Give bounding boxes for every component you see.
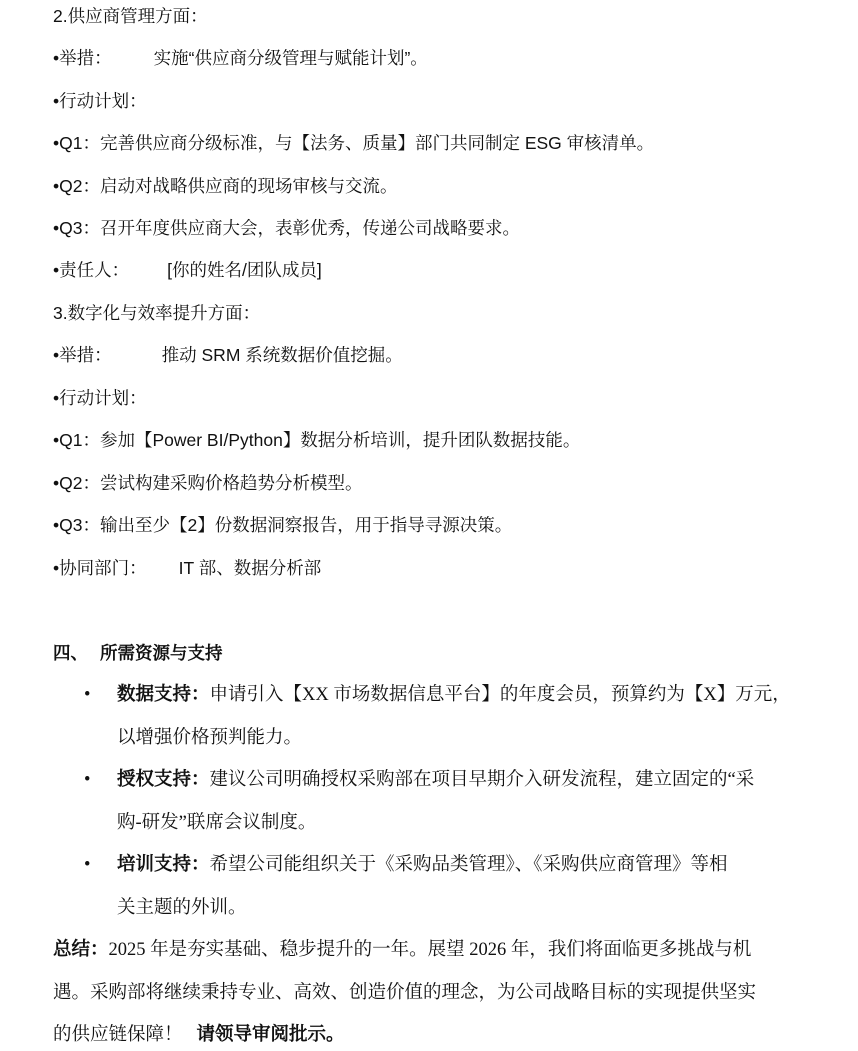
section3-q3: •Q3：输出至少【2】份数据洞察报告，用于指导寻源决策。 xyxy=(53,513,512,537)
support-item-training-cont: 关主题的外训。 xyxy=(117,896,247,920)
support-text: 申请引入【XX 市场数据信息平台】的年度会员，预算约为【X】万元， xyxy=(210,685,791,705)
section2-q3: •Q3：召开年度供应商大会，表彰优秀，传递公司战略要求。 xyxy=(53,216,520,240)
summary-closing: 请领导审阅批示。 xyxy=(197,1025,345,1045)
support-item-data: 数据支持：申请引入【XX 市场数据信息平台】的年度会员，预算约为【X】万元， xyxy=(117,683,791,707)
measure-text: 实施“供应商分级管理与赋能计划”。 xyxy=(154,48,428,68)
summary-text-1: 2025 年是夯实基础、稳步提升的一年。展望 2026 年，我们将面临更多挑战与… xyxy=(109,940,752,960)
section2-measure: •举措：实施“供应商分级管理与赋能计划”。 xyxy=(53,46,428,70)
bullet-icon: • xyxy=(84,683,90,707)
measure-label: •举措： xyxy=(53,48,112,68)
owner-label: •责任人： xyxy=(53,260,129,280)
summary-line-3: 的供应链保障！请领导审阅批示。 xyxy=(53,1023,345,1047)
section2-plan-label: •行动计划： xyxy=(53,89,147,113)
summary-line-1: 总结：2025 年是夯实基础、稳步提升的一年。展望 2026 年，我们将面临更多… xyxy=(53,938,751,962)
section3-q2: •Q2：尝试构建采购价格趋势分析模型。 xyxy=(53,471,362,495)
measure-label: •举措： xyxy=(53,345,112,365)
section2-owner: •责任人：[你的姓名/团队成员] xyxy=(53,258,322,282)
owner-text: [你的姓名/团队成员] xyxy=(167,260,322,280)
support-item-data-cont: 以增强价格预判能力。 xyxy=(117,726,302,750)
support-item-auth: 授权支持：建议公司明确授权采购部在项目早期介入研发流程，建立固定的“采 xyxy=(117,768,754,792)
section3-dept: •协同部门：IT 部、数据分析部 xyxy=(53,556,321,580)
section3-title: 3.数字化与效率提升方面： xyxy=(53,301,260,325)
support-label: 数据支持： xyxy=(117,685,210,705)
section4-heading: 四、所需资源与支持 xyxy=(53,641,223,665)
heading-text: 所需资源与支持 xyxy=(100,643,223,663)
section3-measure: •举措：推动 SRM 系统数据价值挖掘。 xyxy=(53,343,403,367)
support-text: 建议公司明确授权采购部在项目早期介入研发流程，建立固定的“采 xyxy=(210,770,755,790)
section2-q2: •Q2：启动对战略供应商的现场审核与交流。 xyxy=(53,174,397,198)
summary-line-2: 遇。采购部将继续秉持专业、高效、创造价值的理念，为公司战略目标的实现提供坚实 xyxy=(53,981,756,1005)
section2-q1: •Q1：完善供应商分级标准，与【法务、质量】部门共同制定 ESG 审核清单。 xyxy=(53,131,654,155)
summary-text-3: 的供应链保障！ xyxy=(53,1025,183,1045)
section2-title-text: 2.供应商管理方面： xyxy=(53,6,208,26)
section2-title: 2.供应商管理方面： xyxy=(53,4,208,28)
support-label: 授权支持： xyxy=(117,770,210,790)
summary-label: 总结： xyxy=(53,940,109,960)
bullet-icon: • xyxy=(84,853,90,877)
section3-q1: •Q1：参加【Power BI/Python】数据分析培训，提升团队数据技能。 xyxy=(53,428,580,452)
support-text: 希望公司能组织关于《采购品类管理》、《采购供应商管理》等相 xyxy=(210,855,728,875)
support-item-auth-cont: 购-研发”联席会议制度。 xyxy=(117,811,316,835)
measure-text: 推动 SRM 系统数据价值挖掘。 xyxy=(162,345,403,365)
dept-text: IT 部、数据分析部 xyxy=(179,558,322,578)
support-label: 培训支持： xyxy=(117,855,210,875)
section3-plan-label: •行动计划： xyxy=(53,386,147,410)
dept-label: •协同部门： xyxy=(53,558,147,578)
support-item-training: 培训支持：希望公司能组织关于《采购品类管理》、《采购供应商管理》等相 xyxy=(117,853,728,877)
heading-number: 四、 xyxy=(53,643,88,663)
bullet-icon: • xyxy=(84,768,90,792)
